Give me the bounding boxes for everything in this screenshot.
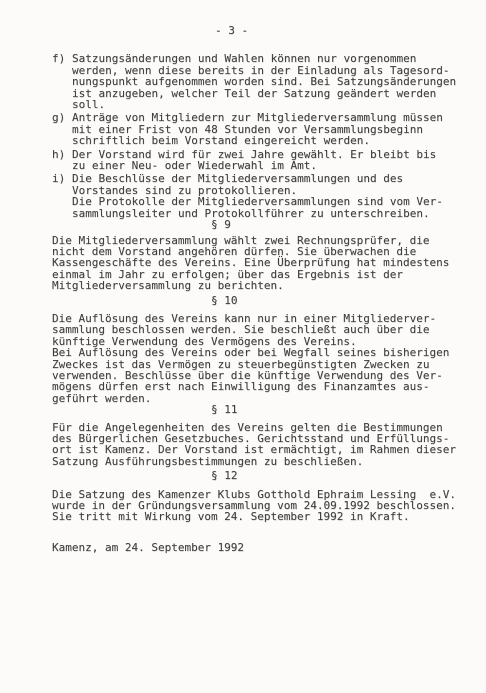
section-§-10: § 10Die Auflösung des Vereins kann nur i… <box>52 295 486 405</box>
clause-text: Der Vorstand wird für zwei Jahre gewählt… <box>72 149 436 172</box>
clause-label: i) <box>52 173 72 184</box>
section-heading: § 11 <box>211 404 486 415</box>
clause-list: f)Satzungsänderungen und Wahlen können n… <box>52 53 486 219</box>
clause-item-i: i)Die Beschlüsse der Mitgliederversammlu… <box>52 173 486 219</box>
clause-item-g: g)Anträge von Mitgliedern zur Mitglieder… <box>52 112 486 146</box>
page-content: - 3 - f)Satzungsänderungen und Wahlen kö… <box>0 0 486 553</box>
section-heading: § 10 <box>211 295 486 306</box>
clause-text: Die Beschlüsse der Mitgliederversammlung… <box>72 173 443 219</box>
clause-item-h: h)Der Vorstand wird für zwei Jahre gewäh… <box>52 149 486 172</box>
section-text: Die Satzung des Kamenzer Klubs Gotthold … <box>52 489 486 523</box>
section-text: Die Auflösung des Vereins kann nur in ei… <box>52 313 486 404</box>
section-§-9: § 9Die Mitgliederversammlung wählt zwei … <box>52 219 486 291</box>
scanned-document-page: - 3 - f)Satzungsänderungen und Wahlen kö… <box>0 0 486 693</box>
clause-text: Anträge von Mitgliedern zur Mitgliederve… <box>72 112 443 146</box>
section-§-11: § 11Für die Angelegenheiten des Vereins … <box>52 404 486 467</box>
clause-text: Satzungsänderungen und Wahlen können nur… <box>72 53 456 110</box>
section-§-12: § 12Die Satzung des Kamenzer Klubs Gotth… <box>52 470 486 523</box>
clause-label: h) <box>52 149 72 160</box>
place-date-line: Kamenz, am 24. September 1992 <box>52 542 486 553</box>
paragraph-sections: § 9Die Mitgliederversammlung wählt zwei … <box>52 219 486 523</box>
section-heading: § 9 <box>211 219 486 230</box>
clause-label: f) <box>52 53 72 64</box>
clause-item-f: f)Satzungsänderungen und Wahlen können n… <box>52 53 486 110</box>
section-heading: § 12 <box>211 470 486 481</box>
page-number: - 3 - <box>215 25 486 36</box>
section-text: Die Mitgliederversammlung wählt zwei Rec… <box>52 235 486 292</box>
section-text: Für die Angelegenheiten des Vereins gelt… <box>52 422 486 468</box>
clause-label: g) <box>52 112 72 123</box>
